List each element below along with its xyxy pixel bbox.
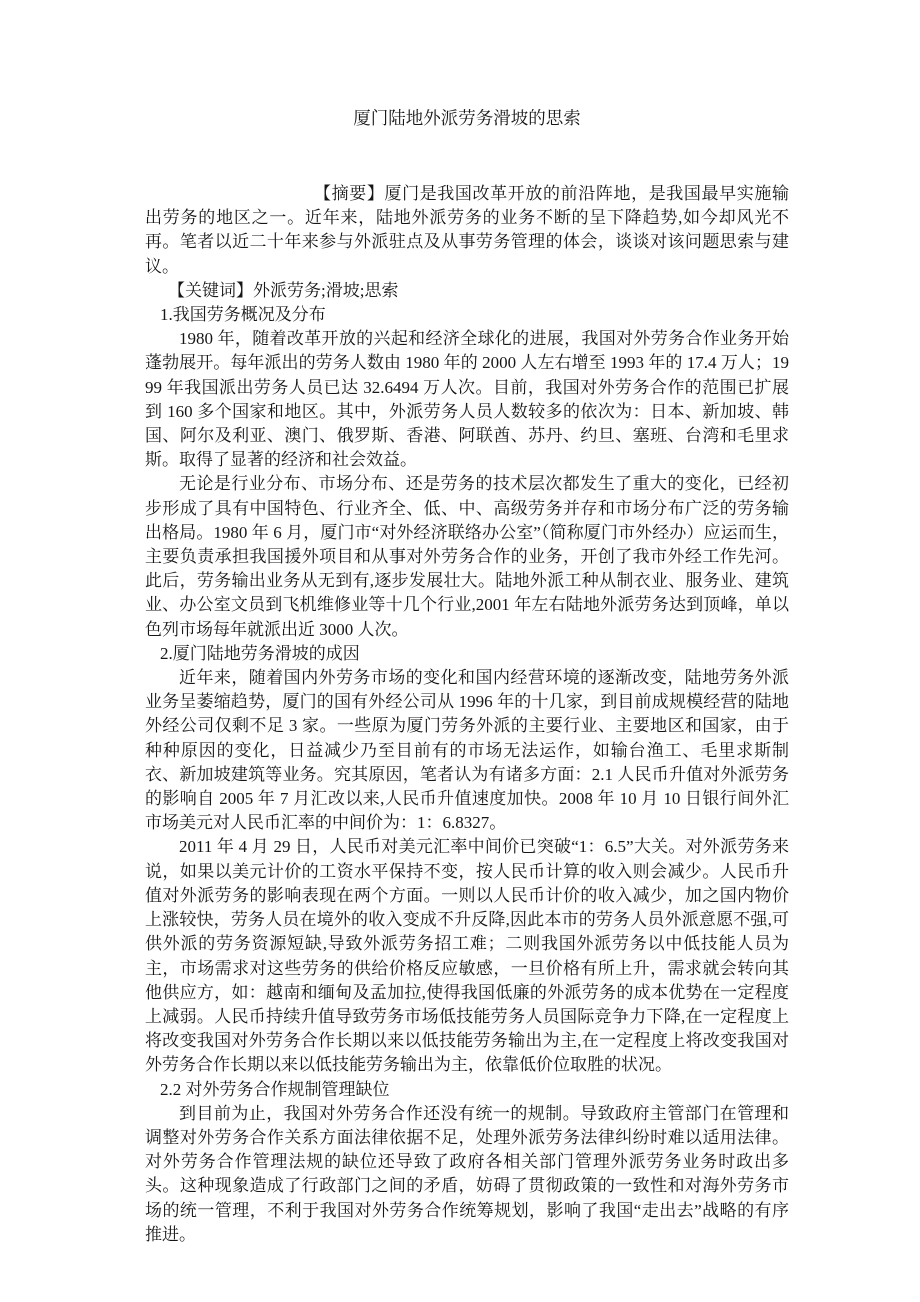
body-paragraph: 近年来，随着国内外劳务市场的变化和国内经营环境的逐渐改变，陆地劳务外派业务呈萎缩… <box>145 666 789 835</box>
section-heading: 2.厦门陆地劳务滑坡的成因 <box>145 642 789 666</box>
section-heading: 2.2 对外劳务合作规制管理缺位 <box>145 1078 789 1102</box>
document-title: 厦门陆地外派劳务滑坡的思索 <box>145 106 789 130</box>
body-paragraph: 1980 年，随着改革开放的兴起和经济全球化的进展，我国对外劳务合作业务开始蓬勃… <box>145 327 789 472</box>
abstract-paragraph: 【摘要】厦门是我国改革开放的前沿阵地，是我国最早实施输出劳务的地区之一。近年来，… <box>145 182 789 279</box>
keywords-line: 【关键词】外派劳务;滑坡;思索 <box>145 279 789 303</box>
document-body: 【摘要】厦门是我国改革开放的前沿阵地，是我国最早实施输出劳务的地区之一。近年来，… <box>145 182 789 1247</box>
section-heading: 1.我国劳务概况及分布 <box>145 303 789 327</box>
body-paragraph: 无论是行业分布、市场分布、还是劳务的技术层次都发生了重大的变化，已经初步形成了具… <box>145 472 789 641</box>
body-paragraph: 到目前为止，我国对外劳务合作还没有统一的规制。导致政府主管部门在管理和调整对外劳… <box>145 1102 789 1247</box>
body-paragraph: 2011 年 4 月 29 日，人民币对美元汇率中间价已突破“1：6.5”大关。… <box>145 835 789 1077</box>
document-page: 厦门陆地外派劳务滑坡的思索 【摘要】厦门是我国改革开放的前沿阵地，是我国最早实施… <box>0 0 920 1302</box>
